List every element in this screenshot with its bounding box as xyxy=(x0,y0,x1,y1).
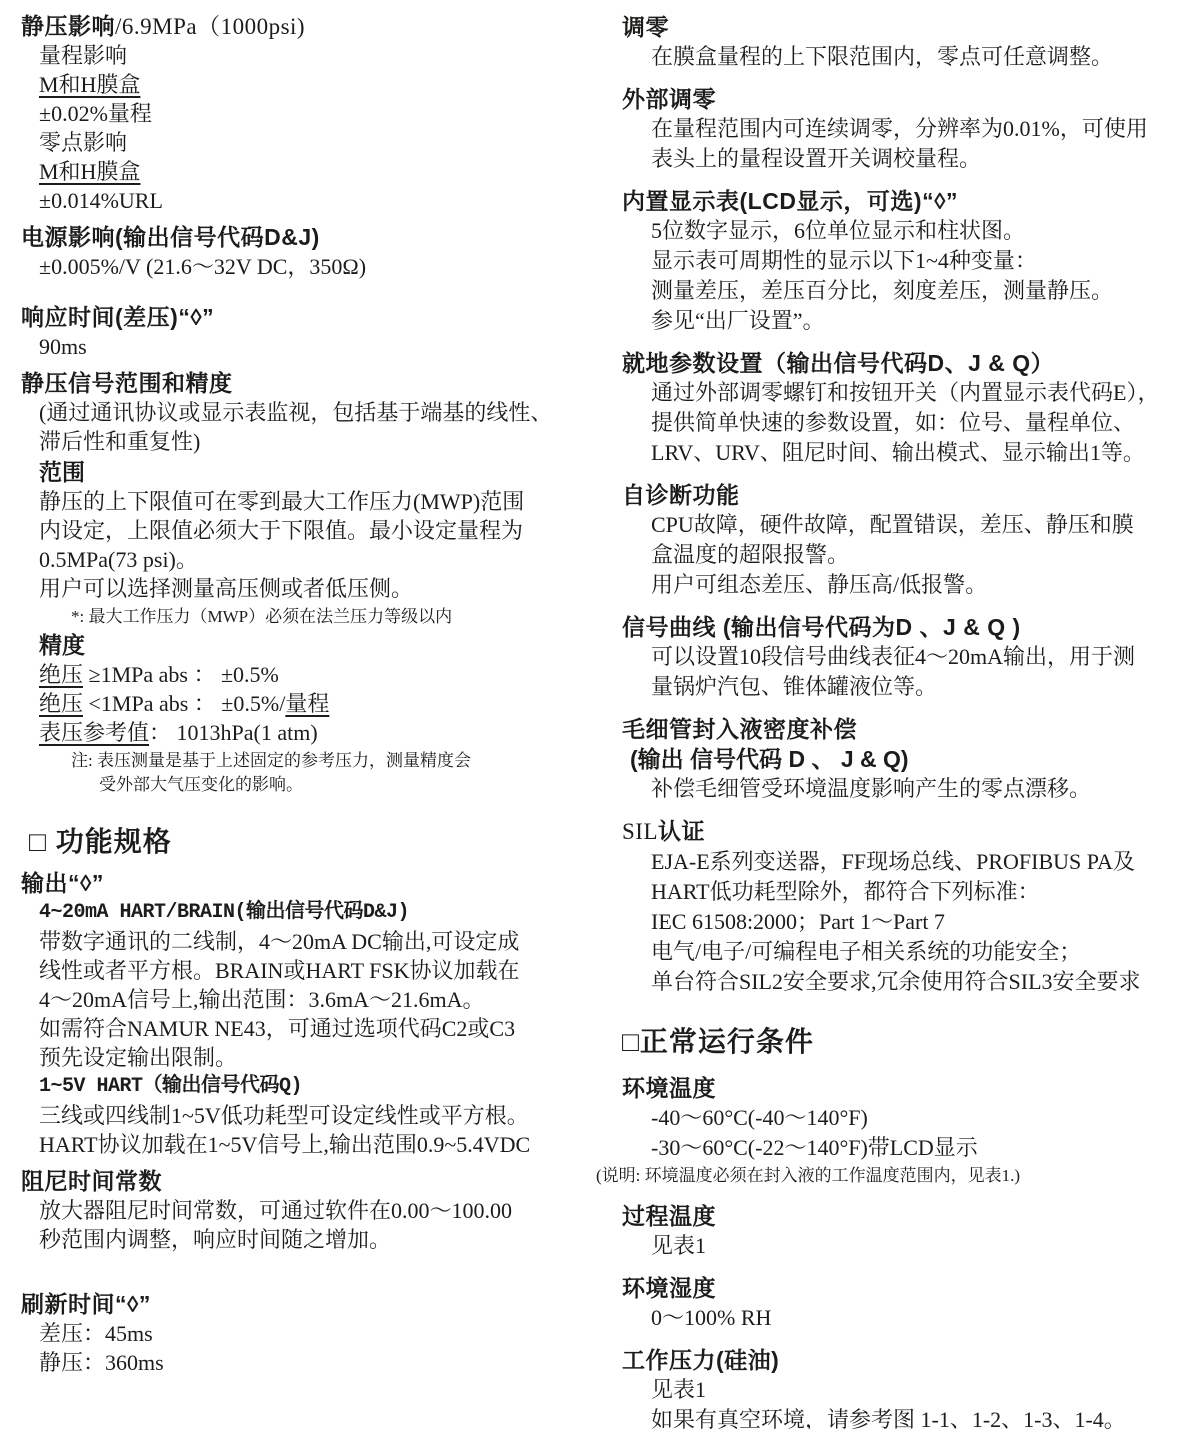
spec-text: 5位数字显示，6位单位显示和柱状图。 xyxy=(651,216,1182,246)
spec-heading: 调零 xyxy=(622,12,1182,42)
spec-text: 三线或四线制1~5V低功耗型可设定线性或平方根。 xyxy=(39,1101,613,1130)
spec-text: -40～60°C(-40～140°F) xyxy=(651,1103,1182,1133)
footnote: 受外部大气压变化的影响。 xyxy=(99,773,613,797)
spec-text: -30～60°C(-22～140°F)带LCD显示 xyxy=(651,1133,1182,1163)
spec-text: 单台符合SIL2安全要求,冗余使用符合SIL3安全要求 xyxy=(651,967,1182,997)
spec-text: 零点影响 xyxy=(39,128,613,157)
spec-text: 电气/电子/可编程电子相关系统的功能安全； xyxy=(651,937,1182,967)
spec-text: 见表1 xyxy=(651,1375,1182,1405)
footnote: 注: 表压测量是基于上述固定的参考压力，测量精度会 xyxy=(71,749,613,773)
spec-text: IEC 61508:2000；Part 1～Part 7 xyxy=(651,907,1182,937)
spec-text: 在量程范围内可连续调零，分辨率为0.01%，可使用 xyxy=(651,114,1182,144)
spec-text: HART低功耗型除外，都符合下列标准： xyxy=(651,877,1182,907)
spec-text: 线性或者平方根。BRAIN或HART FSK协议加载在 xyxy=(39,956,613,985)
spec-text: 见表1 xyxy=(651,1231,1182,1261)
spec-heading: 阻尼时间常数 xyxy=(21,1167,613,1196)
spec-text: 可以设置10段信号曲线表征4～20mA输出，用于测 xyxy=(651,642,1182,672)
spec-text: 在膜盒量程的上下限范围内，零点可任意调整。 xyxy=(651,42,1182,72)
text-segment: SIL xyxy=(622,819,658,844)
spec-text: 90ms xyxy=(39,332,613,361)
spec-text: ±0.005%/V (21.6～32V DC，350Ω) xyxy=(39,252,613,281)
spec-text: 0～100% RH xyxy=(651,1303,1182,1333)
spec-text: 盒温度的超限报警。 xyxy=(651,540,1182,570)
text-segment: 静压影响 xyxy=(21,13,115,39)
spec-heading: 自诊断功能 xyxy=(622,480,1182,510)
spec-text: 内设定，上限值必须大于下限值。最小设定量程为 xyxy=(39,516,613,545)
text-segment: 绝压 xyxy=(39,662,83,687)
spec-text: 补偿毛细管受环境温度影响产生的零点漂移。 xyxy=(651,774,1182,804)
spec-text: 滞后性和重复性) xyxy=(39,427,613,456)
text-segment: 量程 xyxy=(285,691,329,716)
spec-heading: SIL认证 xyxy=(622,816,1182,847)
spec-text: 预先设定输出限制。 xyxy=(39,1043,613,1072)
spec-text: M和H膜盒 xyxy=(39,157,613,186)
spec-text: 带数字通讯的二线制，4～20mA DC输出,可设定成 xyxy=(39,927,613,956)
text-segment: ： 1013hPa(1 atm) xyxy=(149,720,318,745)
spec-text: 用户可组态差压、静压高/低报警。 xyxy=(651,570,1182,600)
spec-text: 通过外部调零螺钉和按钮开关（内置显示表代码E）， xyxy=(651,378,1182,408)
spec-text: ±0.014%URL xyxy=(39,186,613,215)
spec-text: 提供简单快速的参数设置，如：位号、量程单位、 xyxy=(651,408,1182,438)
spec-heading: 输出“◊” xyxy=(21,869,613,898)
spec-text: 测量差压，差压百分比，刻度差压，测量静压。 xyxy=(651,276,1182,306)
text-segment: 绝压 xyxy=(39,691,83,716)
left-column: 静压影响/6.9MPa（1000psi)量程影响M和H膜盒±0.02%量程零点影… xyxy=(21,12,613,1377)
signal-code-heading: 4~20mA HART/BRAIN(输出信号代码D&J) xyxy=(39,898,613,927)
text-segment: /6.9MPa（1000psi) xyxy=(115,14,305,39)
spec-heading: 过程温度 xyxy=(622,1201,1182,1231)
spec-text: 绝压 <1MPa abs ： ±0.5%/量程 xyxy=(39,689,613,718)
spec-text: 参见“出厂设置”。 xyxy=(651,306,1182,336)
spec-heading: 工作压力(硅油) xyxy=(622,1345,1182,1375)
spec-text: 4～20mA信号上,输出范围：3.6mA～21.6mA。 xyxy=(39,985,613,1014)
text-segment: <1MPa abs ： ±0.5%/ xyxy=(83,691,285,716)
spec-heading: 就地参数设置（输出信号代码D、J & Q） xyxy=(622,348,1182,378)
section-title: □正常运行条件 xyxy=(622,1023,1182,1061)
spec-text: 0.5MPa(73 psi)。 xyxy=(39,545,613,574)
spec-text: 静压：360ms xyxy=(39,1348,613,1377)
spec-heading: 环境湿度 xyxy=(622,1273,1182,1303)
spec-text: ±0.02%量程 xyxy=(39,99,613,128)
spec-text: 表头上的量程设置开关调校量程。 xyxy=(651,144,1182,174)
signal-code-heading: 1~5V HART（输出信号代码Q) xyxy=(39,1072,613,1101)
footnote: (说明: 环境温度必须在封入液的工作温度范围内，见表1.) xyxy=(596,1163,1182,1189)
spec-subheading: 范围 xyxy=(39,458,613,487)
spec-text: 秒范围内调整，响应时间随之增加。 xyxy=(39,1225,613,1254)
spec-heading: 信号曲线 (输出信号代码为D 、J & Q ) xyxy=(622,612,1182,642)
spec-text: EJA-E系列变送器，FF现场总线、PROFIBUS PA及 xyxy=(651,847,1182,877)
spec-heading: 毛细管封入液密度补偿 xyxy=(622,714,1182,744)
text-segment: 认证 xyxy=(658,818,705,844)
spec-text: 如需符合NAMUR NE43，可通过选项代码C2或C3 xyxy=(39,1014,613,1043)
right-column: 调零在膜盒量程的上下限范围内，零点可任意调整。外部调零在量程范围内可连续调零，分… xyxy=(622,12,1182,1429)
text-segment: ≥1MPa abs ： ±0.5% xyxy=(83,662,279,687)
footnote: *: 最大工作压力（MWP）必须在法兰压力等级以内 xyxy=(71,605,613,629)
spec-text: LRV、URV、阻尼时间、输出模式、显示输出1等。 xyxy=(651,438,1182,468)
spec-heading: 内置显示表(LCD显示，可选)“◊” xyxy=(622,186,1182,216)
spec-text: M和H膜盒 xyxy=(39,70,613,99)
text-segment: 表压参考值 xyxy=(39,720,149,745)
spec-text: 量程影响 xyxy=(39,41,613,70)
spec-heading: 环境温度 xyxy=(622,1073,1182,1103)
spec-text: 如果有真空环境，请参考图 1-1、1-2、1-3、1-4。 xyxy=(651,1405,1182,1429)
spec-heading: 刷新时间“◊” xyxy=(21,1290,613,1319)
spec-text: 表压参考值： 1013hPa(1 atm) xyxy=(39,718,613,747)
spec-text: HART协议加载在1~5V信号上,输出范围0.9~5.4VDC xyxy=(39,1130,613,1159)
spec-text: 差压：45ms xyxy=(39,1319,613,1348)
spec-text: 放大器阻尼时间常数，可通过软件在0.00～100.00 xyxy=(39,1196,613,1225)
spec-text: 显示表可周期性的显示以下1~4种变量： xyxy=(651,246,1182,276)
spec-heading: (输出 信号代码 D 、 J & Q) xyxy=(630,744,1182,774)
section-title: □ 功能规格 xyxy=(29,823,613,861)
spec-heading: 外部调零 xyxy=(622,84,1182,114)
spec-text: (通过通讯协议或显示表监视，包括基于端基的线性、 xyxy=(39,398,613,427)
spec-heading: 电源影响(输出信号代码D&J) xyxy=(21,223,613,252)
spec-text: 用户可以选择测量高压侧或者低压侧。 xyxy=(39,574,613,603)
spec-text: CPU故障，硬件故障，配置错误，差压、静压和膜 xyxy=(651,510,1182,540)
spec-heading: 静压信号范围和精度 xyxy=(21,369,613,398)
spec-text: 量锅炉汽包、锥体罐液位等。 xyxy=(651,672,1182,702)
spec-subheading: 精度 xyxy=(39,631,613,660)
spec-document-page: 静压影响/6.9MPa（1000psi)量程影响M和H膜盒±0.02%量程零点影… xyxy=(0,0,1182,1429)
spec-heading: 响应时间(差压)“◊” xyxy=(21,303,613,332)
spec-heading: 静压影响/6.9MPa（1000psi) xyxy=(21,12,613,41)
spec-text: 绝压 ≥1MPa abs ： ±0.5% xyxy=(39,660,613,689)
spec-text: 静压的上下限值可在零到最大工作压力(MWP)范围 xyxy=(39,487,613,516)
